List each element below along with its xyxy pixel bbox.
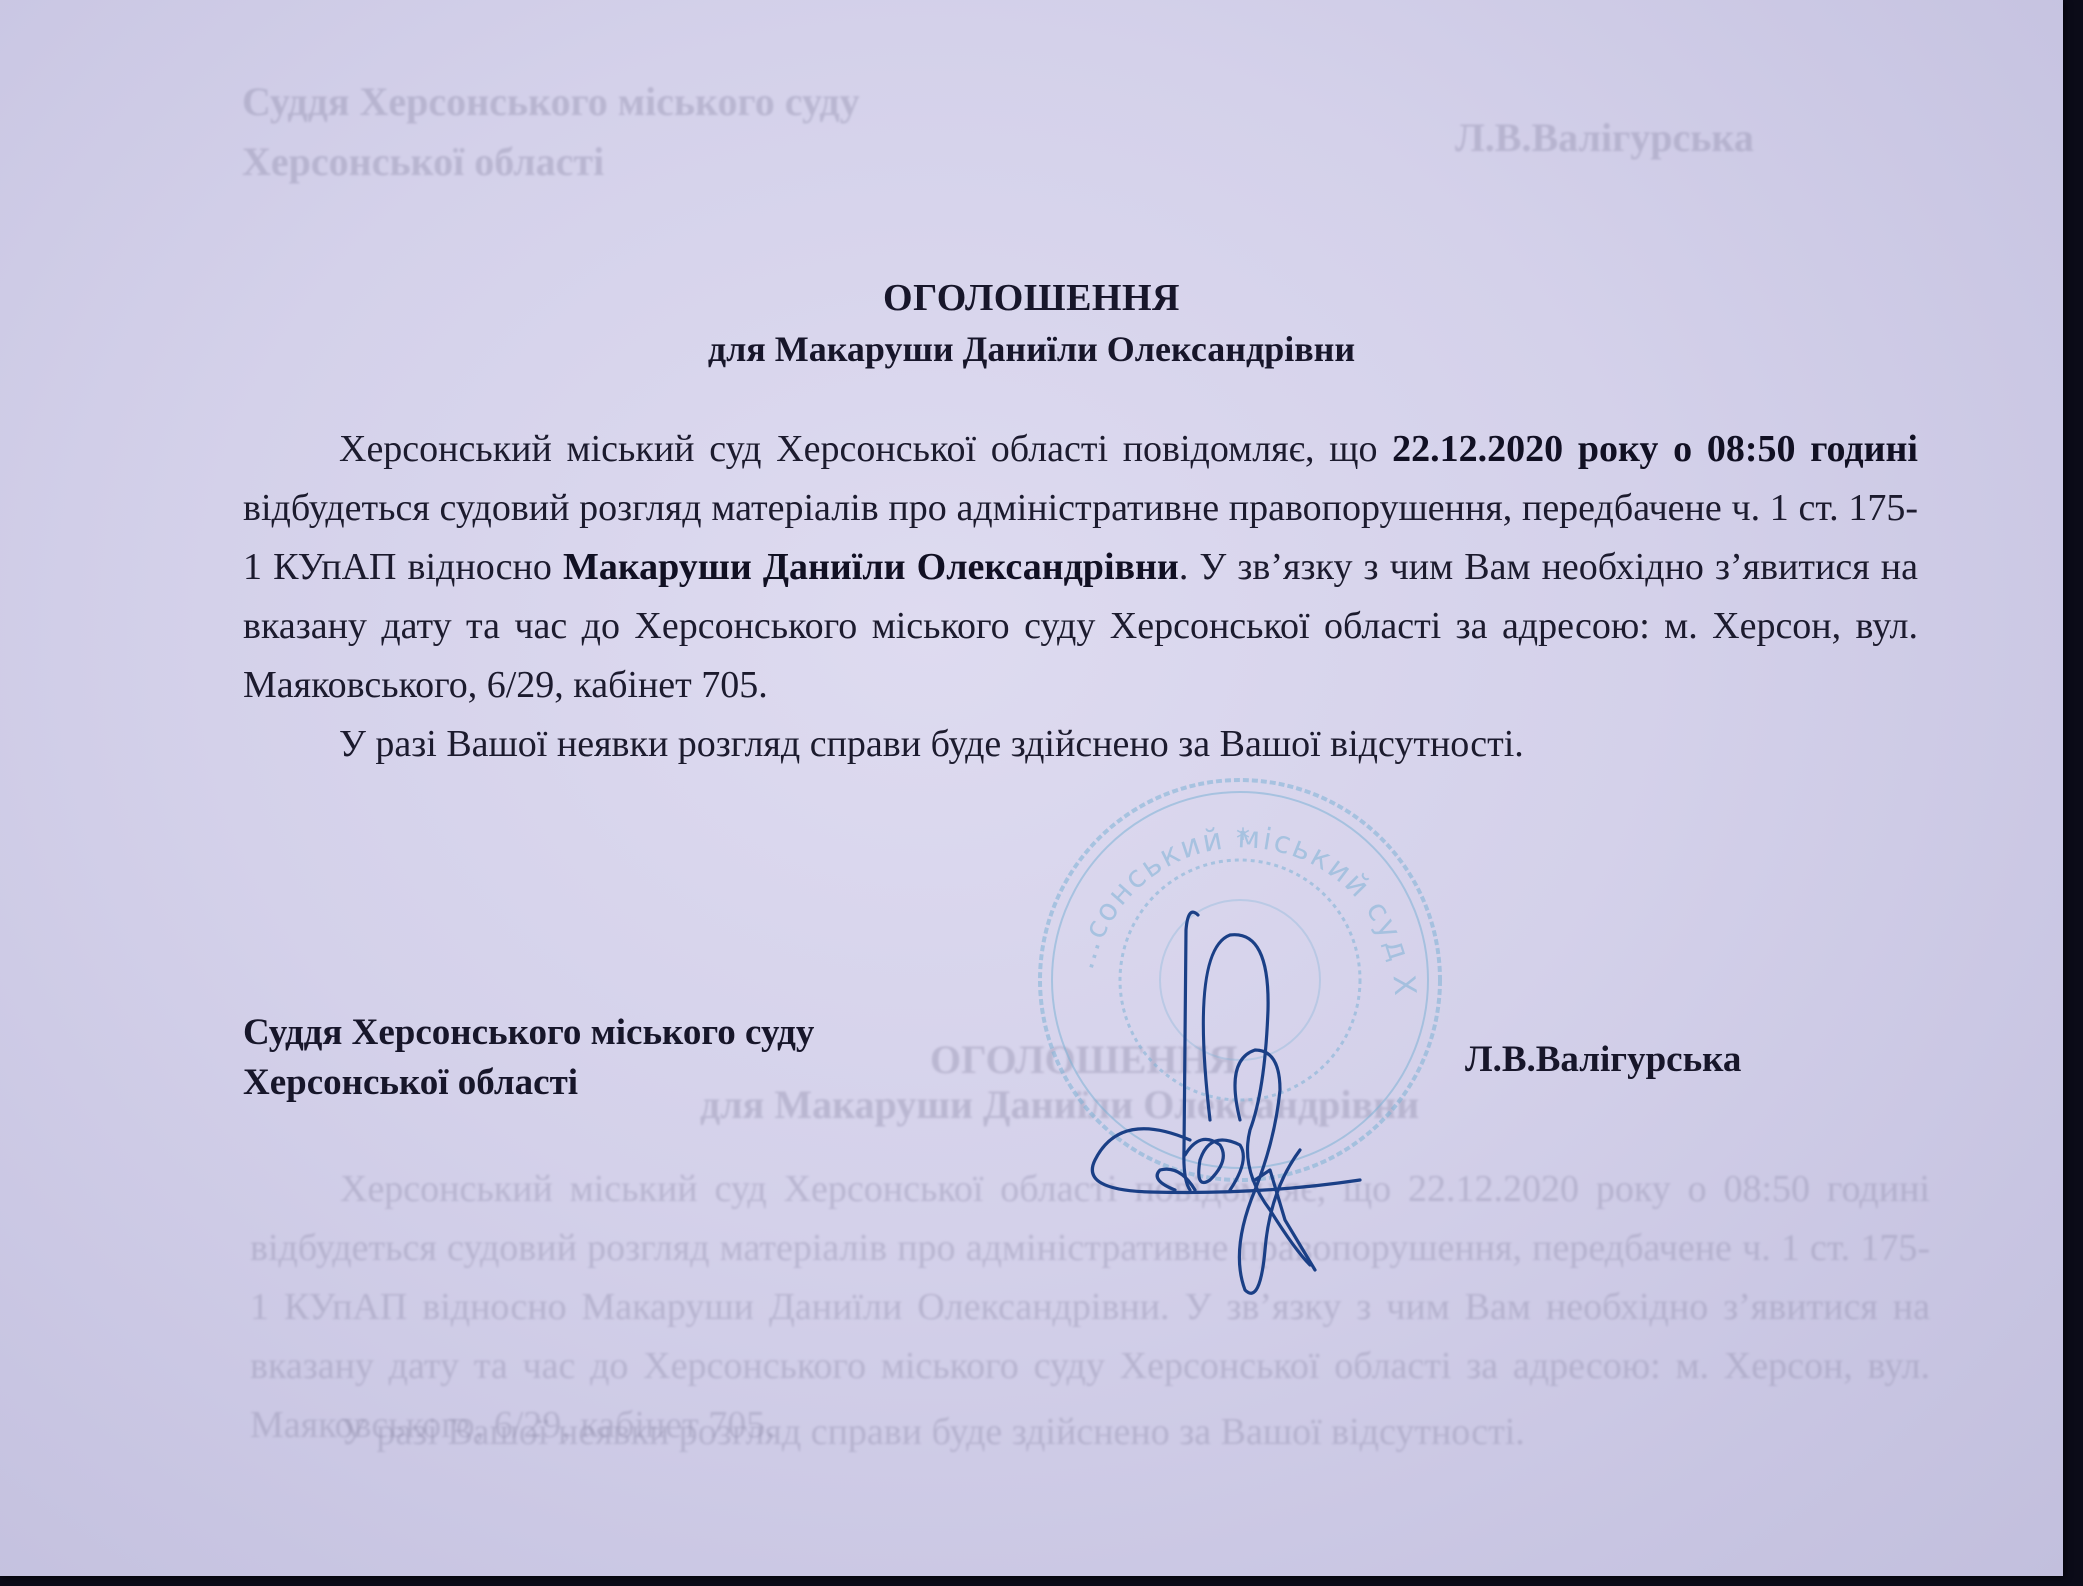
document-body: Херсонський міський суд Херсонської обла…: [243, 420, 1918, 774]
addressee-name: Макаруши Даниїли Олександрівни: [563, 546, 1179, 588]
paper-sheet: Суддя Херсонського міського суду Херсонс…: [0, 0, 2063, 1576]
judge-name: Л.В.Валігурська: [1465, 1038, 1741, 1081]
handwritten-signature-icon: [1080, 890, 1380, 1310]
bleed-through-body-p2: У разі Вашої неявки розгляд справи буде …: [340, 1402, 1525, 1462]
document-subtitle: для Макаруши Даниїли Олександрівни: [0, 328, 2063, 370]
body-paragraph-1: Херсонський міський суд Херсонської обла…: [243, 420, 1918, 715]
document-title: ОГОЛОШЕННЯ: [0, 276, 2063, 320]
body-text: Херсонський міський суд Херсонської обла…: [339, 428, 1392, 470]
judge-position-line-2: Херсонської області: [243, 1058, 814, 1108]
bleed-through-position: Суддя Херсонського міського суду Херсонс…: [242, 72, 1042, 192]
bleed-through-judge-name: Л.В.Валігурська: [1455, 108, 1754, 168]
judge-position: Суддя Херсонського міського суду Херсонс…: [243, 1008, 814, 1108]
svg-text:*: *: [1236, 822, 1250, 855]
hearing-datetime: 22.12.2020 року о 08:50 годині: [1392, 428, 1918, 470]
body-paragraph-2: У разі Вашої неявки розгляд справи буде …: [243, 715, 1918, 774]
judge-position-line-1: Суддя Херсонського міського суду: [243, 1008, 814, 1058]
